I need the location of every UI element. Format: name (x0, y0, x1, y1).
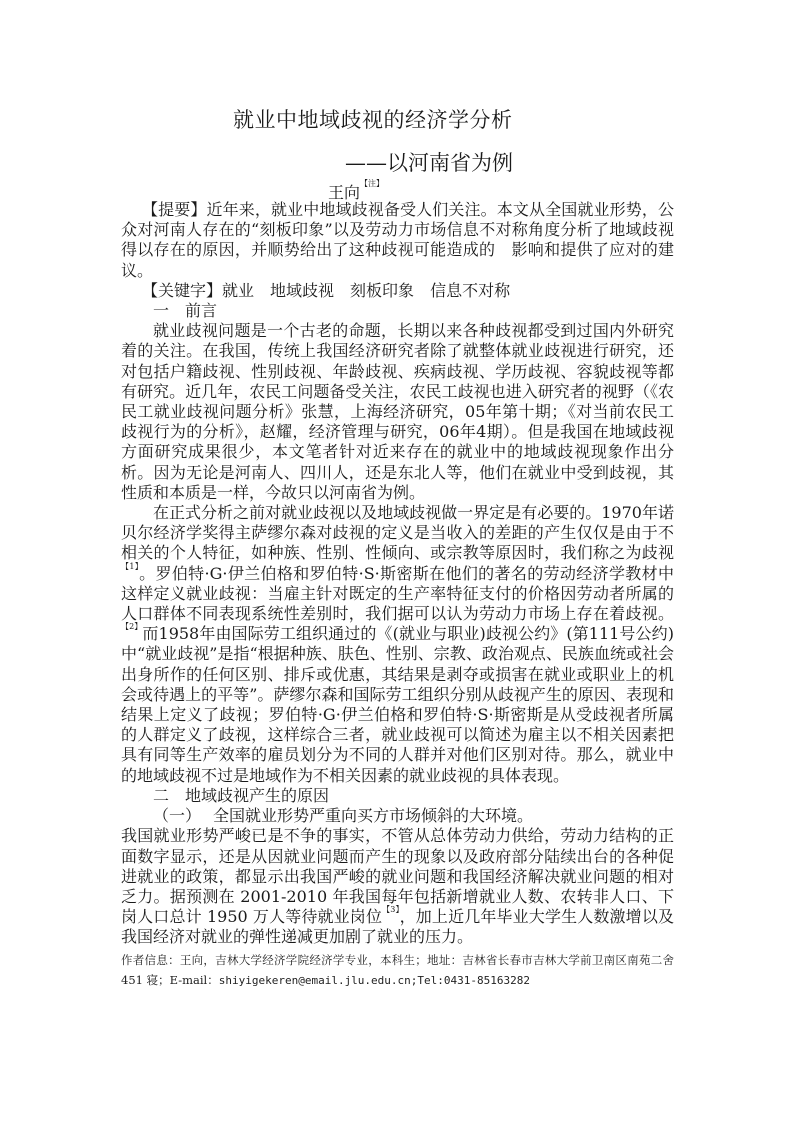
keyword: 就业 (222, 281, 254, 300)
tel-number: 0431-85163282 (444, 974, 530, 987)
subsection-heading: （一）全国就业形势严重向买方市场倾斜的大环境。 (121, 806, 674, 826)
document-title: 就业中地域歧视的经济学分析 (233, 104, 513, 134)
document-subtitle: ——以河南省为例 (345, 147, 513, 177)
section-number: 一 (153, 301, 185, 321)
keywords-label: 【关键字】 (142, 281, 222, 300)
keyword: 刻板印象 (350, 281, 414, 300)
paragraph: 就业歧视问题是一个古老的命题，长期以来各种歧视都受到过国内外研究着的关注。在我国… (121, 321, 674, 503)
citation-ref-2: 【2】 (121, 622, 142, 631)
section-heading-1: 一前言 (121, 301, 674, 321)
abstract: 【提要】近年来，就业中地域歧视备受人们关注。本文从全国就业形势，公众对河南人存在… (121, 200, 674, 281)
email-address: shiyigekeren@email.jlu.edu.cn (219, 974, 411, 987)
author-note-marker: 【注】 (360, 179, 384, 188)
keywords: 【关键字】就业地域歧视刻板印象信息不对称 (121, 281, 674, 301)
section-title: 地域歧视产生的原因 (185, 786, 329, 805)
document-page: 就业中地域歧视的经济学分析 ——以河南省为例 王向【注】 【提要】近年来，就业中… (0, 0, 793, 1122)
paragraph: 在正式分析之前对就业歧视以及地域歧视做一界定是有必要的。1970年诺贝尔经济学奖… (121, 503, 674, 786)
paragraph-text: 。罗伯特·G·伊兰伯格和罗伯特·S·斯密斯在他们的著名的劳动经济学教材中这样定义… (121, 564, 674, 623)
subsection-title: 全国就业形势严重向买方市场倾斜的大环境。 (213, 806, 533, 825)
keyword: 地域歧视 (270, 281, 334, 300)
paragraph-text: 而1958年由国际劳工组织通过的《(就业与职业)歧视公约》(第111号公约)中“… (121, 624, 674, 784)
author-footnote: 作者信息：王向，吉林大学经济学院经济学专业，本科生；地址：吉林省长春市吉林大学前… (121, 950, 674, 991)
paragraph: 我国就业形势严峻已是不争的事实，不管从总体劳动力供给，劳动力结构的正面数字显示，… (121, 826, 674, 947)
email-label: E-mail： (170, 973, 219, 987)
section-number: 二 (153, 786, 185, 806)
paragraph-text: 在正式分析之前对就业歧视以及地域歧视做一界定是有必要的。1970年诺贝尔经济学奖… (121, 503, 674, 562)
citation-ref-3: 【3】 (382, 905, 400, 914)
abstract-label: 【提要】 (142, 200, 207, 219)
section-title: 前言 (185, 301, 217, 320)
section-heading-2: 二地域歧视产生的原因 (121, 786, 674, 806)
keyword: 信息不对称 (430, 281, 510, 300)
tel-label: ;Tel: (411, 974, 444, 987)
subsection-number: （一） (153, 806, 213, 826)
document-body: 【提要】近年来，就业中地域歧视备受人们关注。本文从全国就业形势，公众对河南人存在… (121, 200, 674, 991)
citation-ref-1: 【1】 (121, 562, 139, 571)
